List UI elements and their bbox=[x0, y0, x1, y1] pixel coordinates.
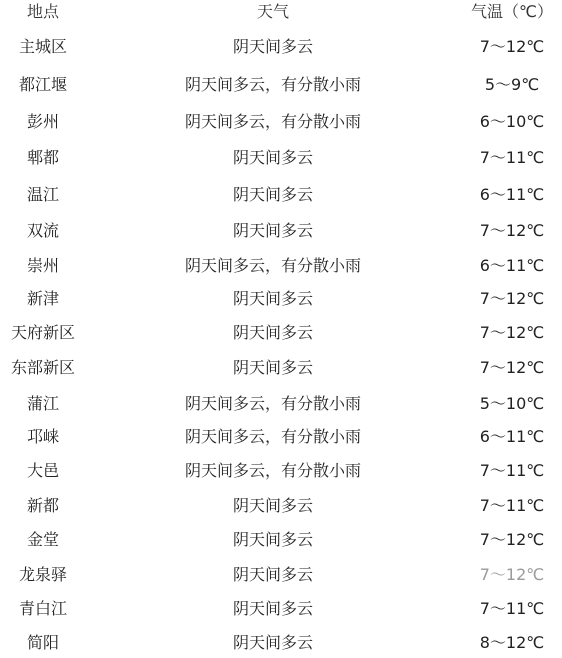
weather-cell: 阴天间多云 bbox=[130, 523, 416, 557]
weather-cell: 阴天间多云，有分散小雨 bbox=[130, 105, 416, 139]
weather-cell: 阴天间多云 bbox=[130, 558, 416, 592]
table-row: 大邑 阴天间多云，有分散小雨 7～11℃ bbox=[0, 454, 562, 488]
location-cell: 都江堰 bbox=[0, 68, 86, 102]
location-cell: 金堂 bbox=[0, 523, 86, 557]
temperature-cell: 6～11℃ bbox=[462, 420, 562, 454]
weather-cell: 阴天间多云，有分散小雨 bbox=[130, 249, 416, 283]
location-cell: 大邑 bbox=[0, 454, 86, 488]
table-row: 东部新区 阴天间多云 7～12℃ bbox=[0, 351, 562, 385]
table-row: 温江 阴天间多云 6～11℃ bbox=[0, 178, 562, 212]
table-row: 青白江 阴天间多云 7～11℃ bbox=[0, 592, 562, 626]
temperature-cell: 7～11℃ bbox=[462, 141, 562, 175]
location-cell: 蒲江 bbox=[0, 387, 86, 421]
table-row: 崇州 阴天间多云，有分散小雨 6～11℃ bbox=[0, 249, 562, 283]
weather-cell: 阴天间多云 bbox=[130, 214, 416, 248]
location-cell: 青白江 bbox=[0, 592, 86, 626]
weather-cell: 阴天间多云，有分散小雨 bbox=[130, 387, 416, 421]
location-cell: 天府新区 bbox=[0, 316, 86, 350]
temperature-cell: 6～11℃ bbox=[462, 249, 562, 283]
temperature-cell: 6～10℃ bbox=[462, 105, 562, 139]
location-cell: 崇州 bbox=[0, 249, 86, 283]
location-cell: 邛崃 bbox=[0, 420, 86, 454]
temperature-cell: 7～12℃ bbox=[462, 316, 562, 350]
weather-cell: 阴天间多云，有分散小雨 bbox=[130, 454, 416, 488]
location-cell: 主城区 bbox=[0, 30, 86, 64]
table-row: 龙泉驿 阴天间多云 7～12℃ bbox=[0, 558, 562, 592]
temperature-cell: 7～12℃ bbox=[462, 214, 562, 248]
temperature-cell: 7～12℃ bbox=[462, 30, 562, 64]
weather-cell: 阴天间多云 bbox=[130, 282, 416, 316]
location-cell: 温江 bbox=[0, 178, 86, 212]
table-row: 彭州 阴天间多云，有分散小雨 6～10℃ bbox=[0, 105, 562, 139]
header-weather: 天气 bbox=[130, 0, 416, 29]
table-row: 双流 阴天间多云 7～12℃ bbox=[0, 214, 562, 248]
weather-cell: 阴天间多云，有分散小雨 bbox=[130, 420, 416, 454]
weather-cell: 阴天间多云，有分散小雨 bbox=[130, 68, 416, 102]
table-row: 郫都 阴天间多云 7～11℃ bbox=[0, 141, 562, 175]
location-cell: 东部新区 bbox=[0, 351, 86, 385]
temperature-cell: 5～9℃ bbox=[462, 68, 562, 102]
table-header-row: 地点 天气 气温（℃） bbox=[0, 0, 562, 29]
temperature-cell: 7～12℃ bbox=[462, 282, 562, 316]
location-cell: 新津 bbox=[0, 282, 86, 316]
temperature-cell: 7～12℃ bbox=[462, 558, 562, 592]
temperature-cell: 7～11℃ bbox=[462, 489, 562, 523]
weather-cell: 阴天间多云 bbox=[130, 316, 416, 350]
table-row: 邛崃 阴天间多云，有分散小雨 6～11℃ bbox=[0, 420, 562, 454]
header-location: 地点 bbox=[0, 0, 86, 29]
location-cell: 郫都 bbox=[0, 141, 86, 175]
weather-cell: 阴天间多云 bbox=[130, 141, 416, 175]
table-row: 新津 阴天间多云 7～12℃ bbox=[0, 282, 562, 316]
table-row: 蒲江 阴天间多云，有分散小雨 5～10℃ bbox=[0, 387, 562, 421]
temperature-cell: 7～11℃ bbox=[462, 592, 562, 626]
location-cell: 彭州 bbox=[0, 105, 86, 139]
temperature-cell: 6～11℃ bbox=[462, 178, 562, 212]
header-temperature: 气温（℃） bbox=[462, 0, 562, 29]
weather-cell: 阴天间多云 bbox=[130, 489, 416, 523]
location-cell: 龙泉驿 bbox=[0, 558, 86, 592]
temperature-cell: 8～12℃ bbox=[462, 626, 562, 658]
weather-cell: 阴天间多云 bbox=[130, 178, 416, 212]
table-row: 主城区 阴天间多云 7～12℃ bbox=[0, 30, 562, 64]
location-cell: 双流 bbox=[0, 214, 86, 248]
location-cell: 新都 bbox=[0, 489, 86, 523]
weather-cell: 阴天间多云 bbox=[130, 626, 416, 658]
table-row: 新都 阴天间多云 7～11℃ bbox=[0, 489, 562, 523]
weather-cell: 阴天间多云 bbox=[130, 351, 416, 385]
location-cell: 简阳 bbox=[0, 626, 86, 658]
table-row: 金堂 阴天间多云 7～12℃ bbox=[0, 523, 562, 557]
table-row: 简阳 阴天间多云 8～12℃ bbox=[0, 626, 562, 658]
weather-cell: 阴天间多云 bbox=[130, 592, 416, 626]
temperature-cell: 7～12℃ bbox=[462, 523, 562, 557]
temperature-cell: 5～10℃ bbox=[462, 387, 562, 421]
temperature-cell: 7～12℃ bbox=[462, 351, 562, 385]
table-row: 天府新区 阴天间多云 7～12℃ bbox=[0, 316, 562, 350]
temperature-cell: 7～11℃ bbox=[462, 454, 562, 488]
weather-cell: 阴天间多云 bbox=[130, 30, 416, 64]
table-row: 都江堰 阴天间多云，有分散小雨 5～9℃ bbox=[0, 68, 562, 102]
